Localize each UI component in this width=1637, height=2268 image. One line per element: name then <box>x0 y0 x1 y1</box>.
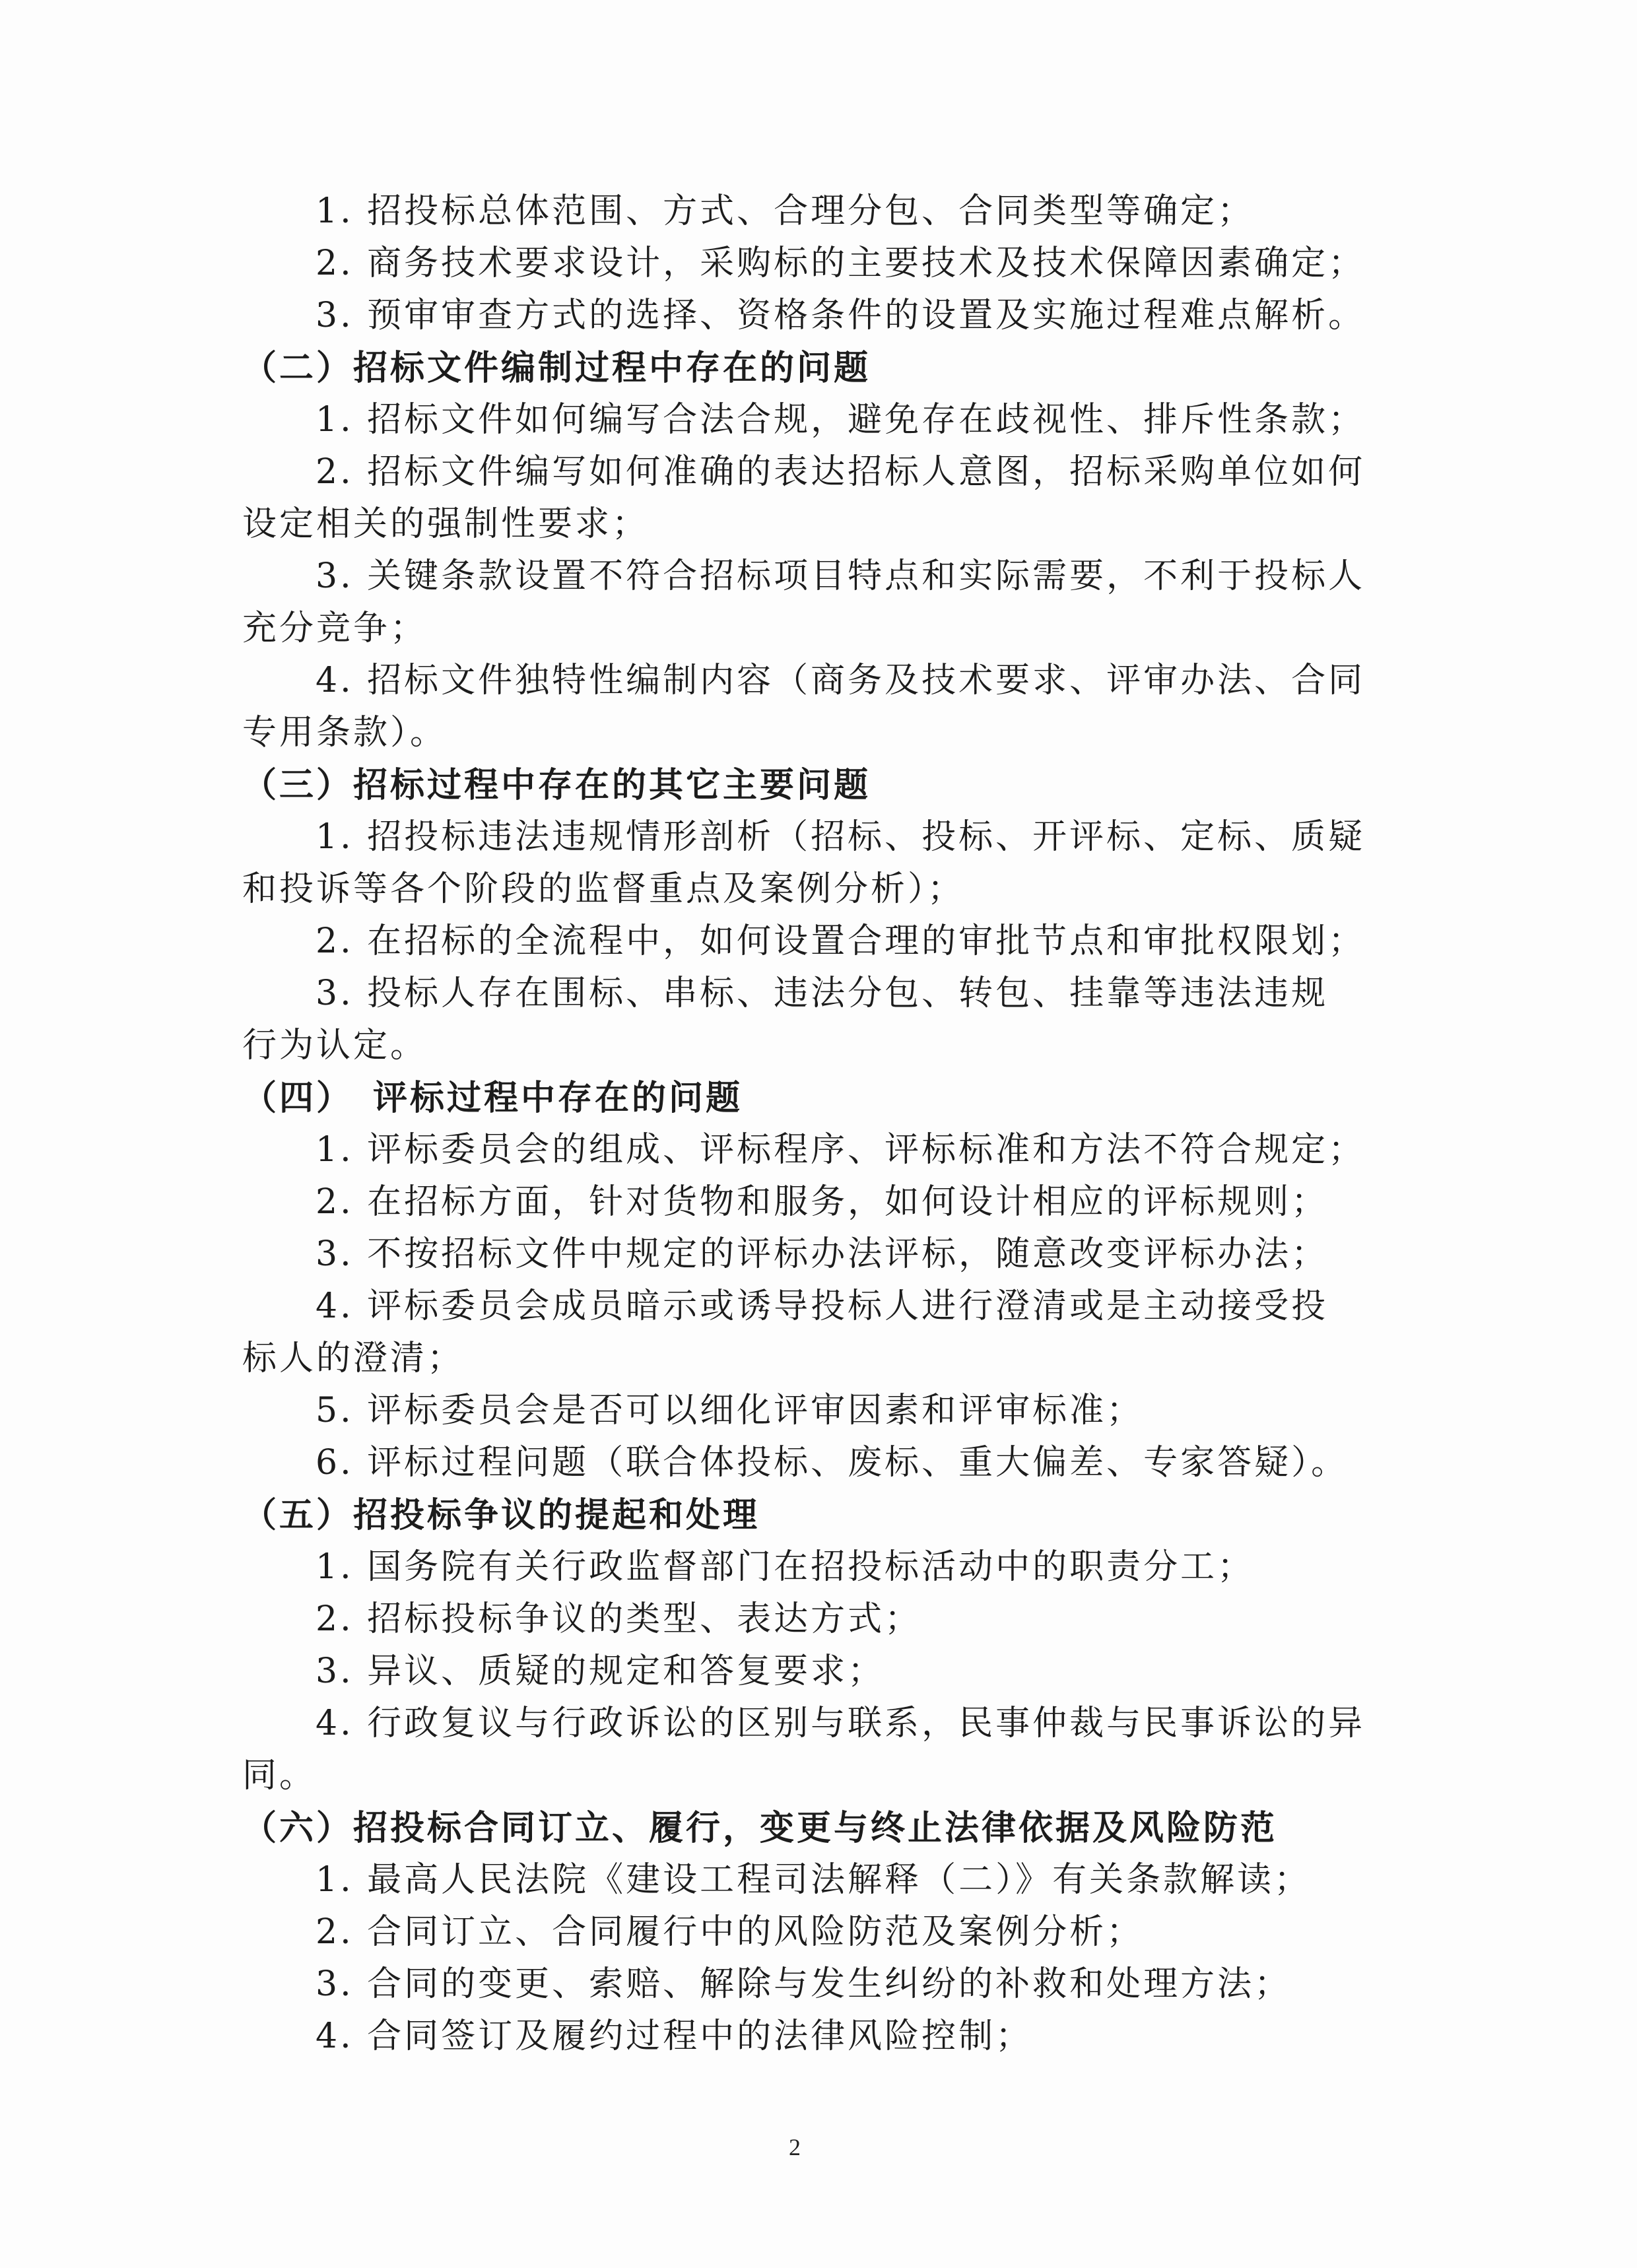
list-item-text: 3. 关键条款设置不符合招标项目特点和实际需要，不利于投标人 <box>316 550 1385 603</box>
list-item-text: 2. 招标文件编写如何准确的表达招标人意图，招标采购单位如何 <box>316 446 1385 498</box>
list-item-text: 3. 预审审查方式的选择、资格条件的设置及实施过程难点解析。 <box>316 290 1385 342</box>
list-item-text: 3. 异议、质疑的规定和答复要求； <box>316 1646 1385 1698</box>
list-item-continuation: 专用条款）。 <box>242 707 1384 759</box>
list-item-continuation: 标人的澄清； <box>242 1333 1384 1385</box>
list-item-continuation: 设定相关的强制性要求； <box>242 498 1384 550</box>
list-item-text: 1. 国务院有关行政监督部门在招投标活动中的职责分工； <box>316 1541 1385 1593</box>
list-item-text: 4. 合同签订及履约过程中的法律风险控制； <box>316 2011 1385 2063</box>
list-item-text: 2. 合同订立、合同履行中的风险防范及案例分析； <box>316 1906 1385 1958</box>
list-item-text: 2. 招标投标争议的类型、表达方式； <box>316 1593 1385 1646</box>
section-heading: （五）招投标争议的提起和处理 <box>242 1489 1384 1541</box>
list-item-text: 1. 最高人民法院《建设工程司法解释（二）》有关条款解读； <box>316 1854 1385 1906</box>
list-item-text: 3. 合同的变更、索赔、解除与发生纠纷的补救和处理方法； <box>316 1958 1385 2011</box>
list-item-continuation: 同。 <box>242 1750 1384 1802</box>
list-item-text: 4. 行政复议与行政诉讼的区别与联系，民事仲裁与民事诉讼的异 <box>316 1698 1385 1750</box>
list-item-text: 2. 在招标的全流程中，如何设置合理的审批节点和审批权限划； <box>316 916 1385 968</box>
list-item-text: 2. 在招标方面，针对货物和服务，如何设计相应的评标规则； <box>316 1176 1385 1228</box>
section-heading: （四） 评标过程中存在的问题 <box>242 1072 1384 1124</box>
list-item-text: 1. 评标委员会的组成、评标程序、评标标准和方法不符合规定； <box>316 1124 1385 1176</box>
section-heading: （二）招标文件编制过程中存在的问题 <box>242 342 1384 394</box>
list-item-text: 1. 招投标违法违规情形剖析（招标、投标、开评标、定标、质疑 <box>316 811 1385 863</box>
list-item-text: 2. 商务技术要求设计，采购标的主要技术及技术保障因素确定； <box>316 238 1385 290</box>
list-item-continuation: 充分竞争； <box>242 603 1384 655</box>
list-item-text: 5. 评标委员会是否可以细化评审因素和评审标准； <box>316 1385 1385 1437</box>
list-item-text: 3. 投标人存在围标、串标、违法分包、转包、挂靠等违法违规 <box>316 968 1385 1020</box>
document-page: 1. 招投标总体范围、方式、合理分包、合同类型等确定； 2. 商务技术要求设计，… <box>0 0 1637 2268</box>
list-item-text: 1. 招投标总体范围、方式、合理分包、合同类型等确定； <box>316 185 1385 238</box>
list-item-text: 4. 招标文件独特性编制内容（商务及技术要求、评审办法、合同 <box>316 655 1385 707</box>
section-heading: （六）招投标合同订立、履行，变更与终止法律依据及风险防范 <box>242 1802 1384 1854</box>
list-item-continuation: 和投诉等各个阶段的监督重点及案例分析）； <box>242 863 1384 916</box>
list-item-continuation: 行为认定。 <box>242 1020 1384 1072</box>
section-heading: （三）招标过程中存在的其它主要问题 <box>242 759 1384 811</box>
list-item-text: 1. 招标文件如何编写合法合规，避免存在歧视性、排斥性条款； <box>316 394 1385 446</box>
list-item-text: 4. 评标委员会成员暗示或诱导投标人进行澄清或是主动接受投 <box>316 1281 1385 1333</box>
list-item-text: 6. 评标过程问题（联合体投标、废标、重大偏差、专家答疑）。 <box>316 1437 1385 1489</box>
page-number: 2 <box>789 2133 801 2161</box>
list-item-text: 3. 不按招标文件中规定的评标办法评标，随意改变评标办法； <box>316 1228 1385 1281</box>
